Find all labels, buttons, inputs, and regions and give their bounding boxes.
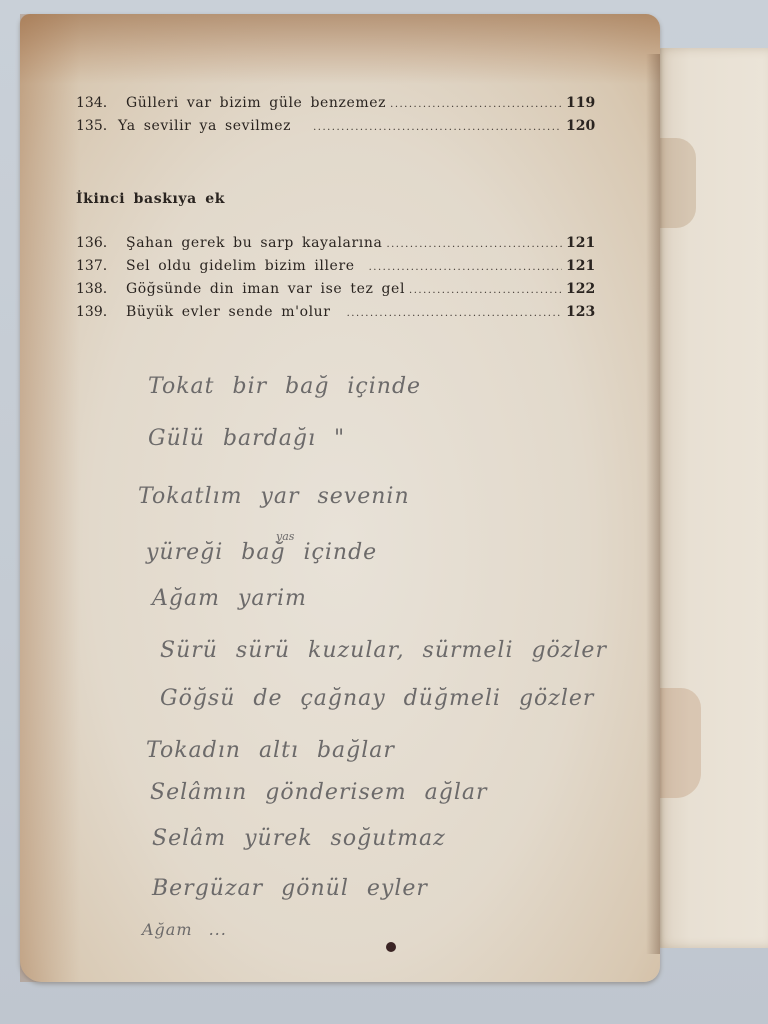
- toc-entry-number: 137.: [76, 257, 126, 275]
- toc-entry-page: 120: [566, 117, 592, 135]
- toc-entry-page: 122: [566, 280, 592, 298]
- page-hole: [386, 942, 396, 952]
- toc-leader-dots: ........................................…: [369, 259, 562, 277]
- handwritten-line: yüreği bağ içinde: [146, 540, 377, 565]
- toc-leader-dots: ........................................…: [313, 119, 562, 137]
- toc-entry-title: Ya sevilir ya sevilmez: [118, 117, 291, 135]
- handwritten-line: Selâmın gönderisem ağlar: [150, 780, 488, 805]
- toc-leader-dots: ........................................…: [409, 282, 562, 300]
- toc-entry-page: 121: [566, 257, 592, 275]
- toc-entry: 137. Sel oldu gidelim bizim illere .....…: [76, 257, 592, 277]
- handwritten-line: Selâm yürek soğutmaz: [152, 826, 446, 851]
- toc-entry-number: 134.: [76, 94, 126, 112]
- handwritten-line: Sürü sürü kuzular, sürmeli gözler: [160, 638, 607, 663]
- toc-entry: 138. Göğsünde din iman var ise tez gel .…: [76, 280, 592, 300]
- toc-entry-title: Göğsünde din iman var ise tez gel: [126, 280, 405, 298]
- toc-entry-page: 121: [566, 234, 592, 252]
- handwritten-line: Tokat bir bağ içinde: [148, 374, 421, 399]
- water-stain: [656, 688, 701, 798]
- handwritten-line: Tokatlım yar sevenin: [138, 484, 410, 509]
- handwritten-line: Gülü bardağı ": [148, 426, 345, 451]
- toc-entry: 135. Ya sevilir ya sevilmez ............…: [76, 117, 592, 137]
- toc-entry-number: 139.: [76, 303, 126, 321]
- toc-entry-page: 119: [566, 94, 592, 112]
- facing-page: [656, 48, 768, 948]
- toc-entry-number: 135.: [76, 117, 118, 135]
- toc-leader-dots: ........................................…: [390, 96, 562, 114]
- section-heading: İkinci baskıya ek: [76, 191, 225, 207]
- page-left-stain: [20, 14, 80, 982]
- toc-entry: 136. Şahan gerek bu sarp kayalarına ....…: [76, 234, 592, 254]
- toc-entry-title: Şahan gerek bu sarp kayalarına: [126, 234, 382, 252]
- toc-list-top: 134. Gülleri var bizim güle benzemez ...…: [76, 94, 592, 137]
- handwritten-line: Ağam ...: [142, 920, 227, 939]
- toc-entry-title: Sel oldu gidelim bizim illere: [126, 257, 355, 275]
- toc-list-section: 136. Şahan gerek bu sarp kayalarına ....…: [76, 234, 592, 323]
- page-gutter-shadow: [646, 54, 660, 954]
- water-stain: [656, 138, 696, 228]
- page-top-stain: [20, 14, 660, 84]
- toc-entry: 139. Büyük evler sende m'olur ..........…: [76, 303, 592, 323]
- toc-entry-title: Büyük evler sende m'olur: [126, 303, 331, 321]
- toc-entry-title: Gülleri var bizim güle benzemez: [126, 94, 386, 112]
- handwritten-line: Göğsü de çağnay düğmeli gözler: [160, 686, 594, 711]
- handwritten-line: Tokadın altı bağlar: [146, 738, 395, 763]
- handwritten-line: Ağam yarim: [152, 586, 307, 611]
- toc-leader-dots: ........................................…: [386, 236, 562, 254]
- toc-leader-dots: ........................................…: [347, 305, 562, 323]
- book-page: 134. Gülleri var bizim güle benzemez ...…: [20, 14, 660, 982]
- handwritten-line: Bergüzar gönül eyler: [152, 876, 428, 901]
- toc-entry: 134. Gülleri var bizim güle benzemez ...…: [76, 94, 592, 114]
- toc-entry-number: 136.: [76, 234, 126, 252]
- toc-entry-number: 138.: [76, 280, 126, 298]
- toc-entry-page: 123: [566, 303, 592, 321]
